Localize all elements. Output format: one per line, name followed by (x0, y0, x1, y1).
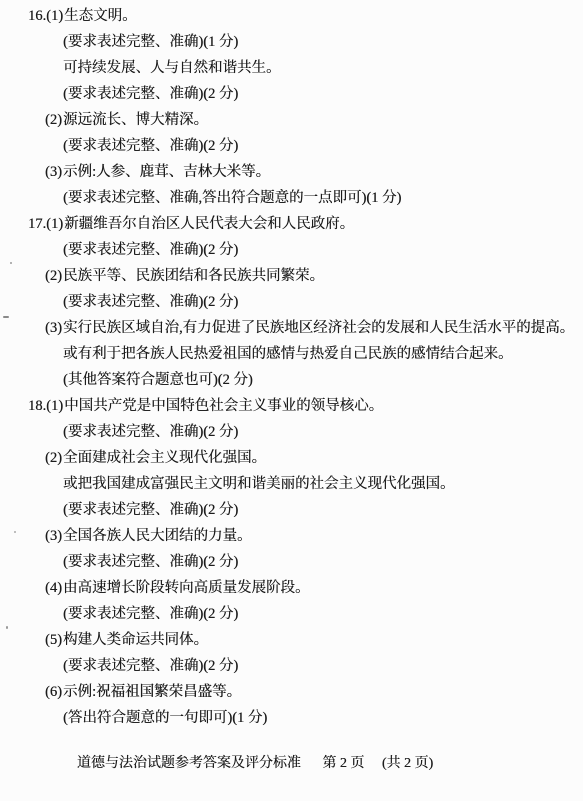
document-line: 可持续发展、人与自然和谐共生。 (0, 55, 583, 81)
document-line: (3)实行民族区域自治,有力促进了民族地区经济社会的发展和人民生活水平的提高。 (0, 315, 583, 341)
line-text: 实行民族区域自治,有力促进了民族地区经济社会的发展和人民生活水平的提高。 (63, 320, 574, 336)
line-text: (要求表述完整、准确)(2 分) (63, 242, 238, 258)
line-text: (其他答案符合题意也可)(2 分) (63, 372, 253, 388)
document-line: (要求表述完整、准确)(2 分) (0, 419, 583, 445)
document-line: (要求表述完整、准确)(2 分) (0, 133, 583, 159)
line-text: 新疆维吾尔自治区人民代表大会和人民政府。 (64, 216, 354, 232)
item-label: (2) (45, 107, 63, 133)
line-text: 构建人类命运共同体。 (63, 632, 208, 648)
item-label: (2) (45, 445, 63, 471)
line-text: 全面建成社会主义现代化强国。 (63, 450, 266, 466)
document-line: (其他答案符合题意也可)(2 分) (0, 367, 583, 393)
line-text: 全国各族人民大团结的力量。 (63, 528, 252, 544)
line-text: (要求表述完整、准确)(2 分) (63, 294, 238, 310)
document-page: 16.(1)生态文明。(要求表述完整、准确)(1 分)可持续发展、人与自然和谐共… (0, 0, 583, 801)
document-line: (2)源远流长、博大精深。 (0, 107, 583, 133)
document-line: 17.(1)新疆维吾尔自治区人民代表大会和人民政府。 (0, 211, 583, 237)
document-line: (2)全面建成社会主义现代化强国。 (0, 445, 583, 471)
scan-artifact (14, 531, 16, 533)
line-text: (要求表述完整、准确)(2 分) (63, 424, 238, 440)
footer-page-number: 第 2 页 (322, 756, 364, 771)
document-line: 16.(1)生态文明。 (0, 3, 583, 29)
document-line: (答出符合题意的一句即可)(1 分) (0, 705, 583, 731)
item-label: (1) (46, 393, 64, 419)
document-line: (5)构建人类命运共同体。 (0, 627, 583, 653)
line-text: (要求表述完整、准确)(2 分) (63, 502, 238, 518)
line-text: (要求表述完整、准确,答出符合题意的一点即可)(1 分) (63, 190, 401, 206)
footer-total-pages: (共 2 页) (382, 756, 433, 771)
question-number: 16. (28, 3, 46, 29)
line-text: 民族平等、民族团结和各民族共同繁荣。 (63, 268, 324, 284)
line-text: (要求表述完整、准确)(2 分) (63, 138, 238, 154)
document-line: (4)由高速增长阶段转向高质量发展阶段。 (0, 575, 583, 601)
line-text: 源远流长、博大精深。 (63, 112, 208, 128)
line-text: 中国共产党是中国特色社会主义事业的领导核心。 (64, 398, 383, 414)
document-line: (要求表述完整、准确)(2 分) (0, 237, 583, 263)
document-line: (要求表述完整、准确)(1 分) (0, 29, 583, 55)
document-line: (要求表述完整、准确)(2 分) (0, 601, 583, 627)
item-label: (1) (46, 3, 64, 29)
scan-artifact (6, 626, 8, 629)
document-line: (要求表述完整、准确)(2 分) (0, 497, 583, 523)
document-line: 18.(1)中国共产党是中国特色社会主义事业的领导核心。 (0, 393, 583, 419)
document-line: (3)示例:人参、鹿茸、吉林大米等。 (0, 159, 583, 185)
line-text: 示例:祝福祖国繁荣昌盛等。 (63, 684, 241, 700)
line-text: 由高速增长阶段转向高质量发展阶段。 (63, 580, 310, 596)
question-number: 18. (28, 393, 46, 419)
document-line: (要求表述完整、准确,答出符合题意的一点即可)(1 分) (0, 185, 583, 211)
document-line: (要求表述完整、准确)(2 分) (0, 289, 583, 315)
page-footer: 道德与法治试题参考答案及评分标准 第 2 页 (共 2 页) (0, 751, 510, 777)
footer-title: 道德与法治试题参考答案及评分标准 (77, 756, 301, 771)
line-text: 可持续发展、人与自然和谐共生。 (63, 60, 281, 76)
document-line: (6)示例:祝福祖国繁荣昌盛等。 (0, 679, 583, 705)
line-text: (答出符合题意的一句即可)(1 分) (63, 710, 267, 726)
item-label: (3) (45, 159, 63, 185)
item-label: (3) (45, 523, 63, 549)
answer-key-body: 16.(1)生态文明。(要求表述完整、准确)(1 分)可持续发展、人与自然和谐共… (0, 3, 583, 731)
line-text: (要求表述完整、准确)(2 分) (63, 658, 238, 674)
item-label: (2) (45, 263, 63, 289)
line-text: 或有利于把各族人民热爱祖国的感情与热爱自己民族的感情结合起来。 (63, 346, 513, 362)
line-text: (要求表述完整、准确)(2 分) (63, 606, 238, 622)
line-text: 生态文明。 (64, 8, 137, 24)
item-label: (6) (45, 679, 63, 705)
document-line: 或把我国建成富强民主文明和谐美丽的社会主义现代化强国。 (0, 471, 583, 497)
item-label: (4) (45, 575, 63, 601)
document-line: (要求表述完整、准确)(2 分) (0, 653, 583, 679)
line-text: 示例:人参、鹿茸、吉林大米等。 (63, 164, 270, 180)
document-line: 或有利于把各族人民热爱祖国的感情与热爱自己民族的感情结合起来。 (0, 341, 583, 367)
document-line: (2)民族平等、民族团结和各民族共同繁荣。 (0, 263, 583, 289)
line-text: (要求表述完整、准确)(2 分) (63, 554, 238, 570)
line-text: (要求表述完整、准确)(1 分) (63, 34, 238, 50)
question-number: 17. (28, 211, 46, 237)
item-label: (3) (45, 315, 63, 341)
document-line: (要求表述完整、准确)(2 分) (0, 549, 583, 575)
line-text: 或把我国建成富强民主文明和谐美丽的社会主义现代化强国。 (63, 476, 455, 492)
scan-artifact (3, 316, 9, 318)
line-text: (要求表述完整、准确)(2 分) (63, 86, 238, 102)
item-label: (1) (46, 211, 64, 237)
document-line: (3)全国各族人民大团结的力量。 (0, 523, 583, 549)
item-label: (5) (45, 627, 63, 653)
scan-artifact (10, 262, 12, 264)
document-line: (要求表述完整、准确)(2 分) (0, 81, 583, 107)
